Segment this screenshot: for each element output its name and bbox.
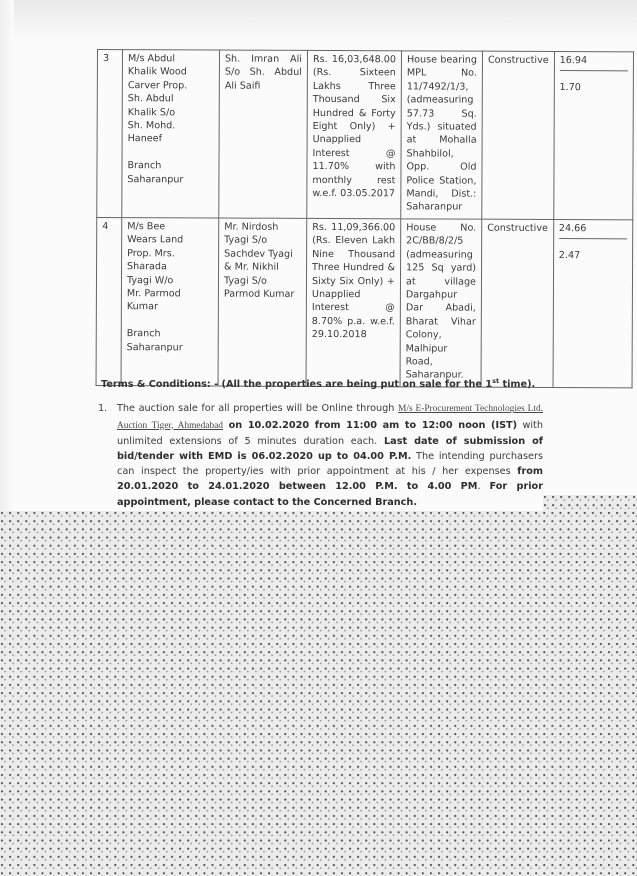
emd-amount: 1.70	[560, 81, 628, 95]
serial-number: 3	[97, 50, 123, 218]
price-cell: 24.66 2.47	[553, 219, 633, 387]
property-cell: House No. 2C/BB/8/2/5 (admeasuring 125 S…	[400, 219, 482, 387]
scan-shadow	[0, 0, 637, 40]
dues-cell: Rs. 16,03,648.00 (Rs. Sixteen Lakhs Thre…	[307, 50, 402, 218]
reserve-price: 16.94	[560, 54, 628, 72]
properties-table: 3 M/s Abdul Khalik Wood Carver Prop. Sh.…	[96, 49, 634, 388]
possession-cell: Constructive	[482, 51, 554, 219]
borrower-cell: M/s Bee Wears Land Prop. Mrs. Sharada Ty…	[121, 217, 219, 385]
table-row: 3 M/s Abdul Khalik Wood Carver Prop. Sh.…	[97, 50, 633, 220]
borrower-cell: M/s Abdul Khalik Wood Carver Prop. Sh. A…	[122, 50, 220, 218]
emd-amount: 2.47	[559, 249, 627, 263]
redaction-pattern	[543, 495, 637, 511]
table-row: 4 M/s Bee Wears Land Prop. Mrs. Sharada …	[96, 217, 632, 387]
price-cell: 16.94 1.70	[553, 51, 633, 219]
guarantor-cell: Mr. Nirdosh Tyagi S/o Sachdev Tyagi & Mr…	[218, 218, 307, 386]
serial-number: 4	[96, 217, 122, 385]
dues-cell: Rs. 11,09,366.00 (Rs. Eleven Lakh Nine T…	[306, 218, 401, 386]
guarantor-cell: Sh. Imran Ali S/o Sh. Abdul Ali Saifi	[219, 50, 308, 218]
property-cell: House bearing MPL No. 11/7492/1/3, (adme…	[401, 51, 483, 219]
terms-heading: Terms & Conditions: - (All the propertie…	[101, 374, 543, 392]
term-item: 1. The auction sale for all properties w…	[101, 401, 543, 509]
possession-cell: Constructive	[481, 219, 553, 387]
reserve-price: 24.66	[559, 222, 627, 240]
redaction-pattern	[0, 511, 637, 876]
